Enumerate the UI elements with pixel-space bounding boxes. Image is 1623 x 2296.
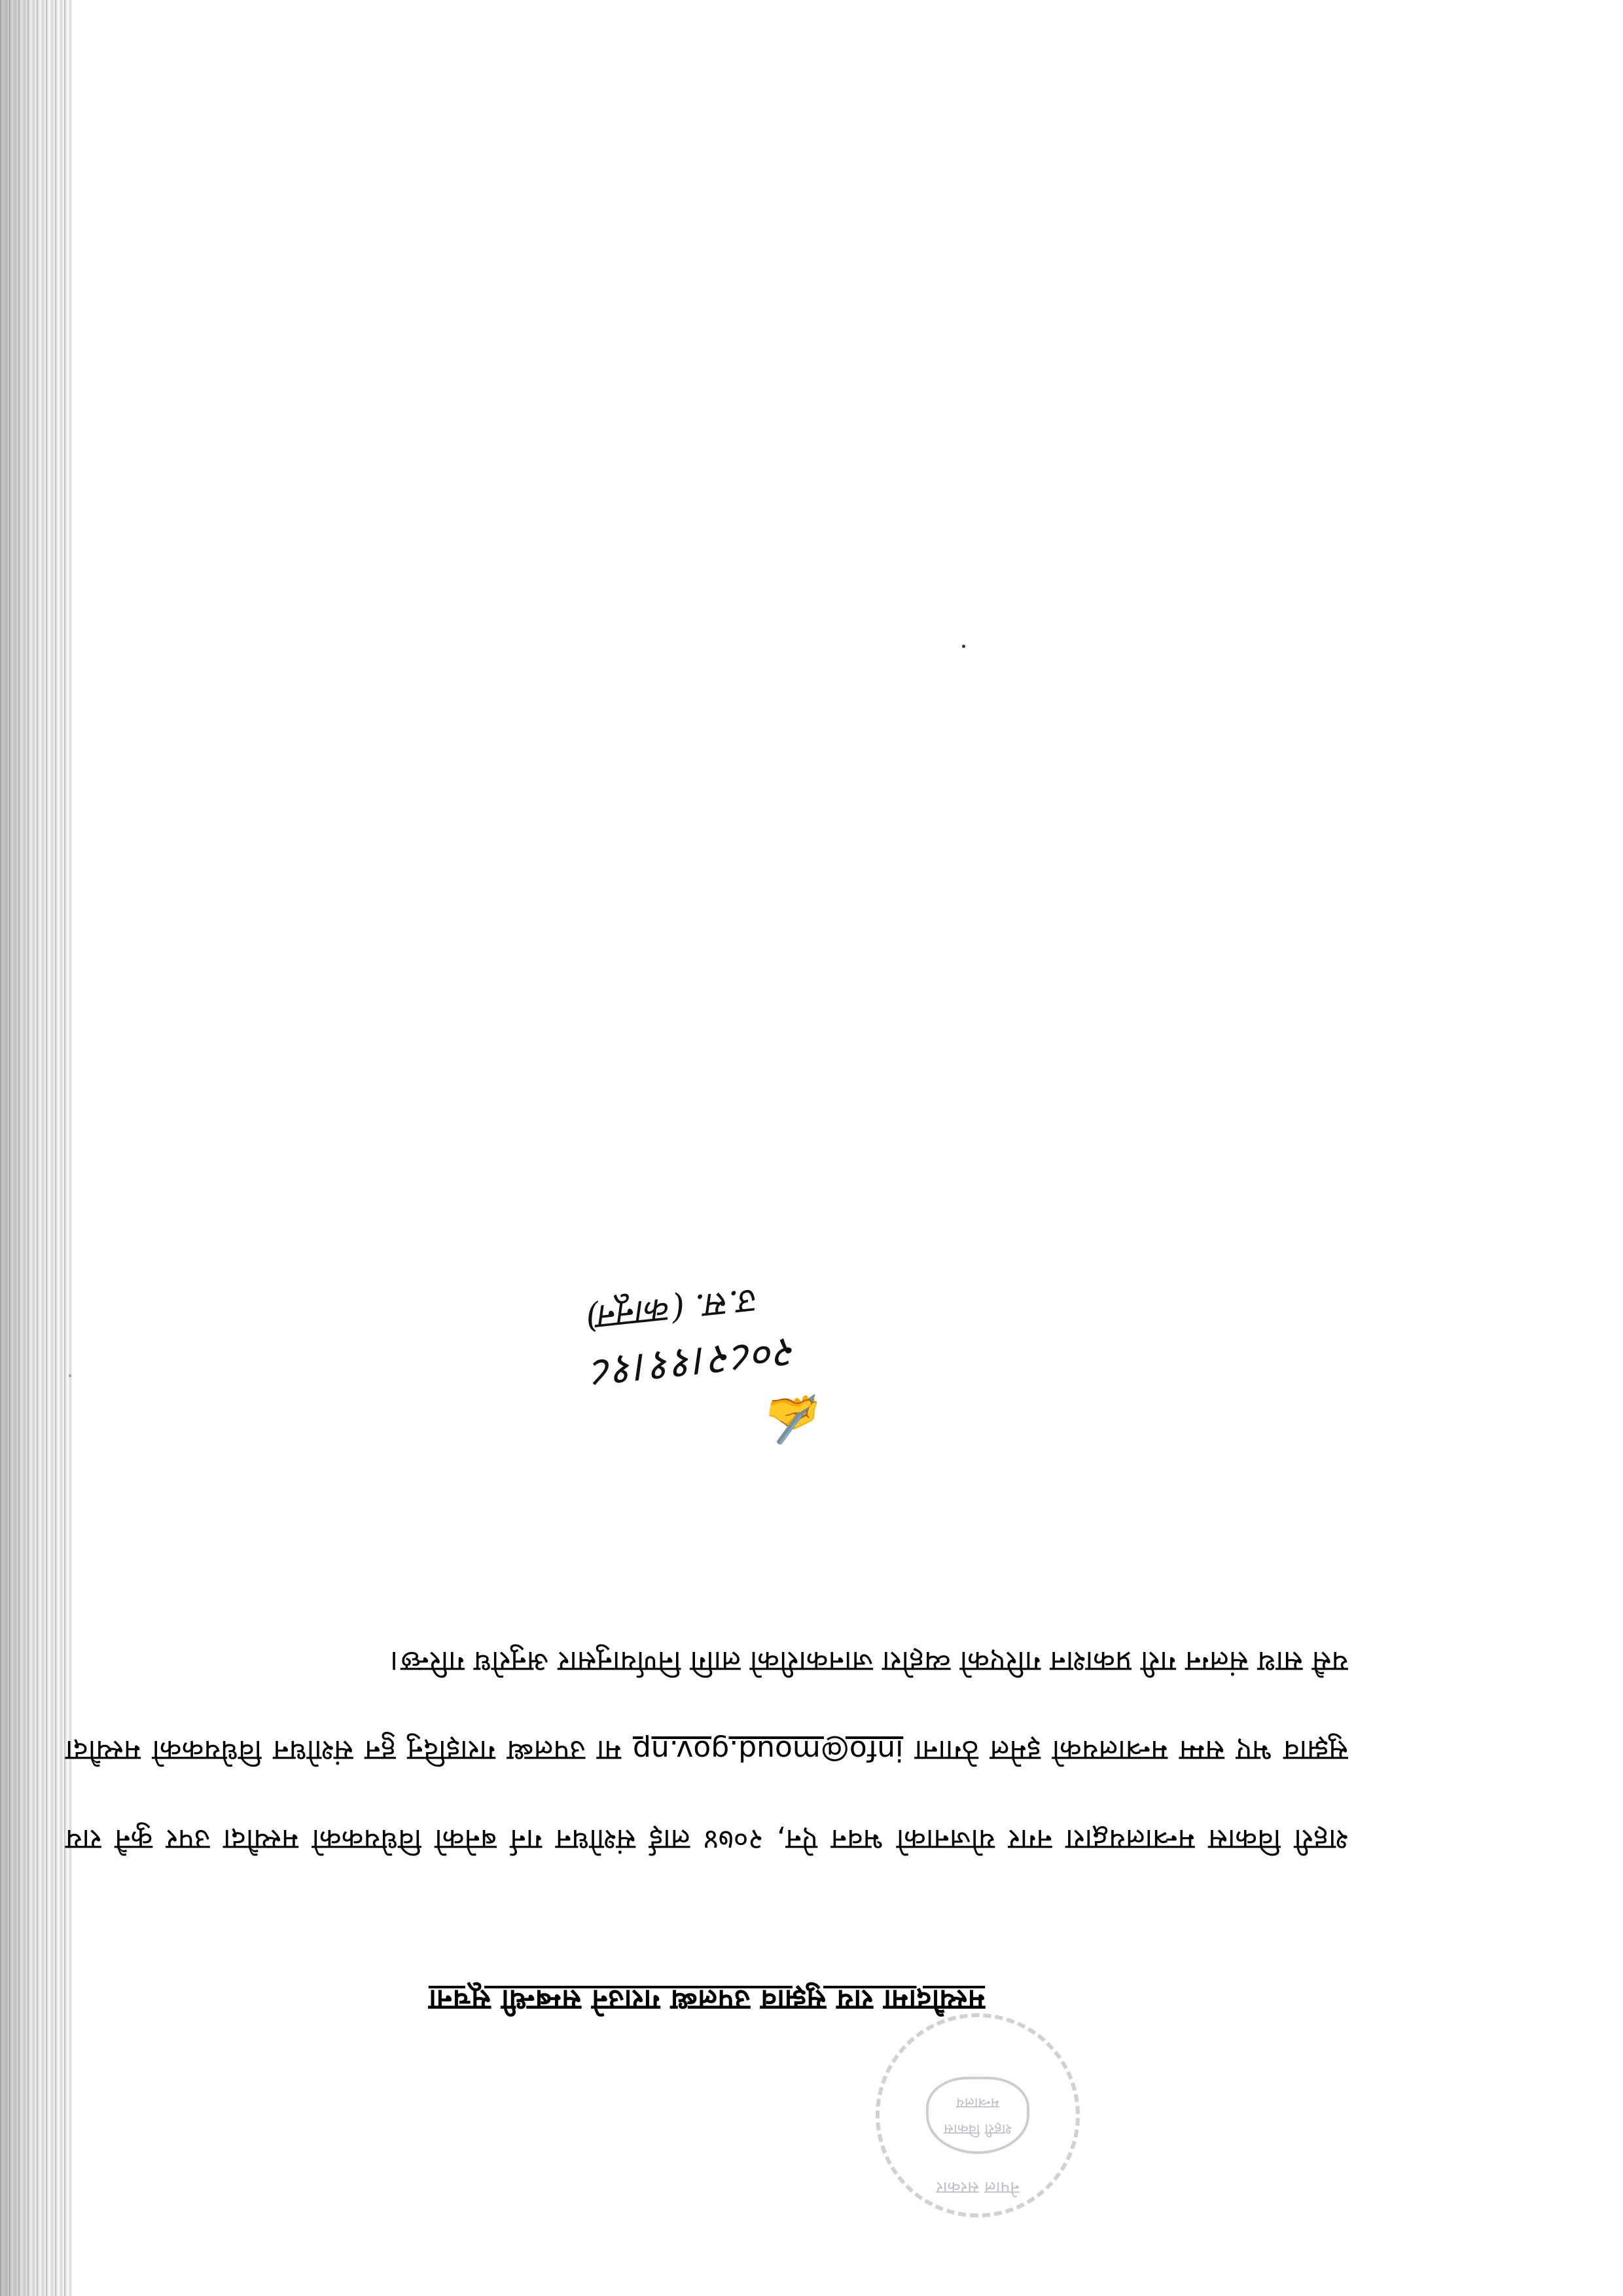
document-page: नेपाल सरकार शहरी विकास मन्त्रालय मस्यौदा… bbox=[0, 0, 1623, 2296]
notice-body: शहरी विकास मन्त्रालयद्वारा नगर योजनाको भ… bbox=[65, 1617, 1348, 1884]
signature-mark: ✍ bbox=[764, 1387, 828, 1448]
email-link[interactable]: info@moud.gov.np bbox=[633, 1734, 903, 1767]
notice-content: नेपाल सरकार शहरी विकास मन्त्रालय मस्यौदा… bbox=[65, 1617, 1348, 2021]
notice-title: मस्यौदामा राय सुझाव उपलब्ध गराउने सम्बन्… bbox=[65, 1982, 1348, 2021]
stamp-center-text: शहरी विकास मन्त्रालय bbox=[929, 2089, 1027, 2142]
emblem-icon: शहरी विकास मन्त्रालय bbox=[926, 2077, 1029, 2154]
handwritten-signature: ✍ २०८२।११।१८ उ.स. (कानून) bbox=[524, 1275, 838, 1445]
stamp-ring-text: नेपाल सरकार bbox=[880, 2174, 1076, 2200]
official-stamp: नेपाल सरकार शहरी विकास मन्त्रालय bbox=[876, 2013, 1080, 2217]
